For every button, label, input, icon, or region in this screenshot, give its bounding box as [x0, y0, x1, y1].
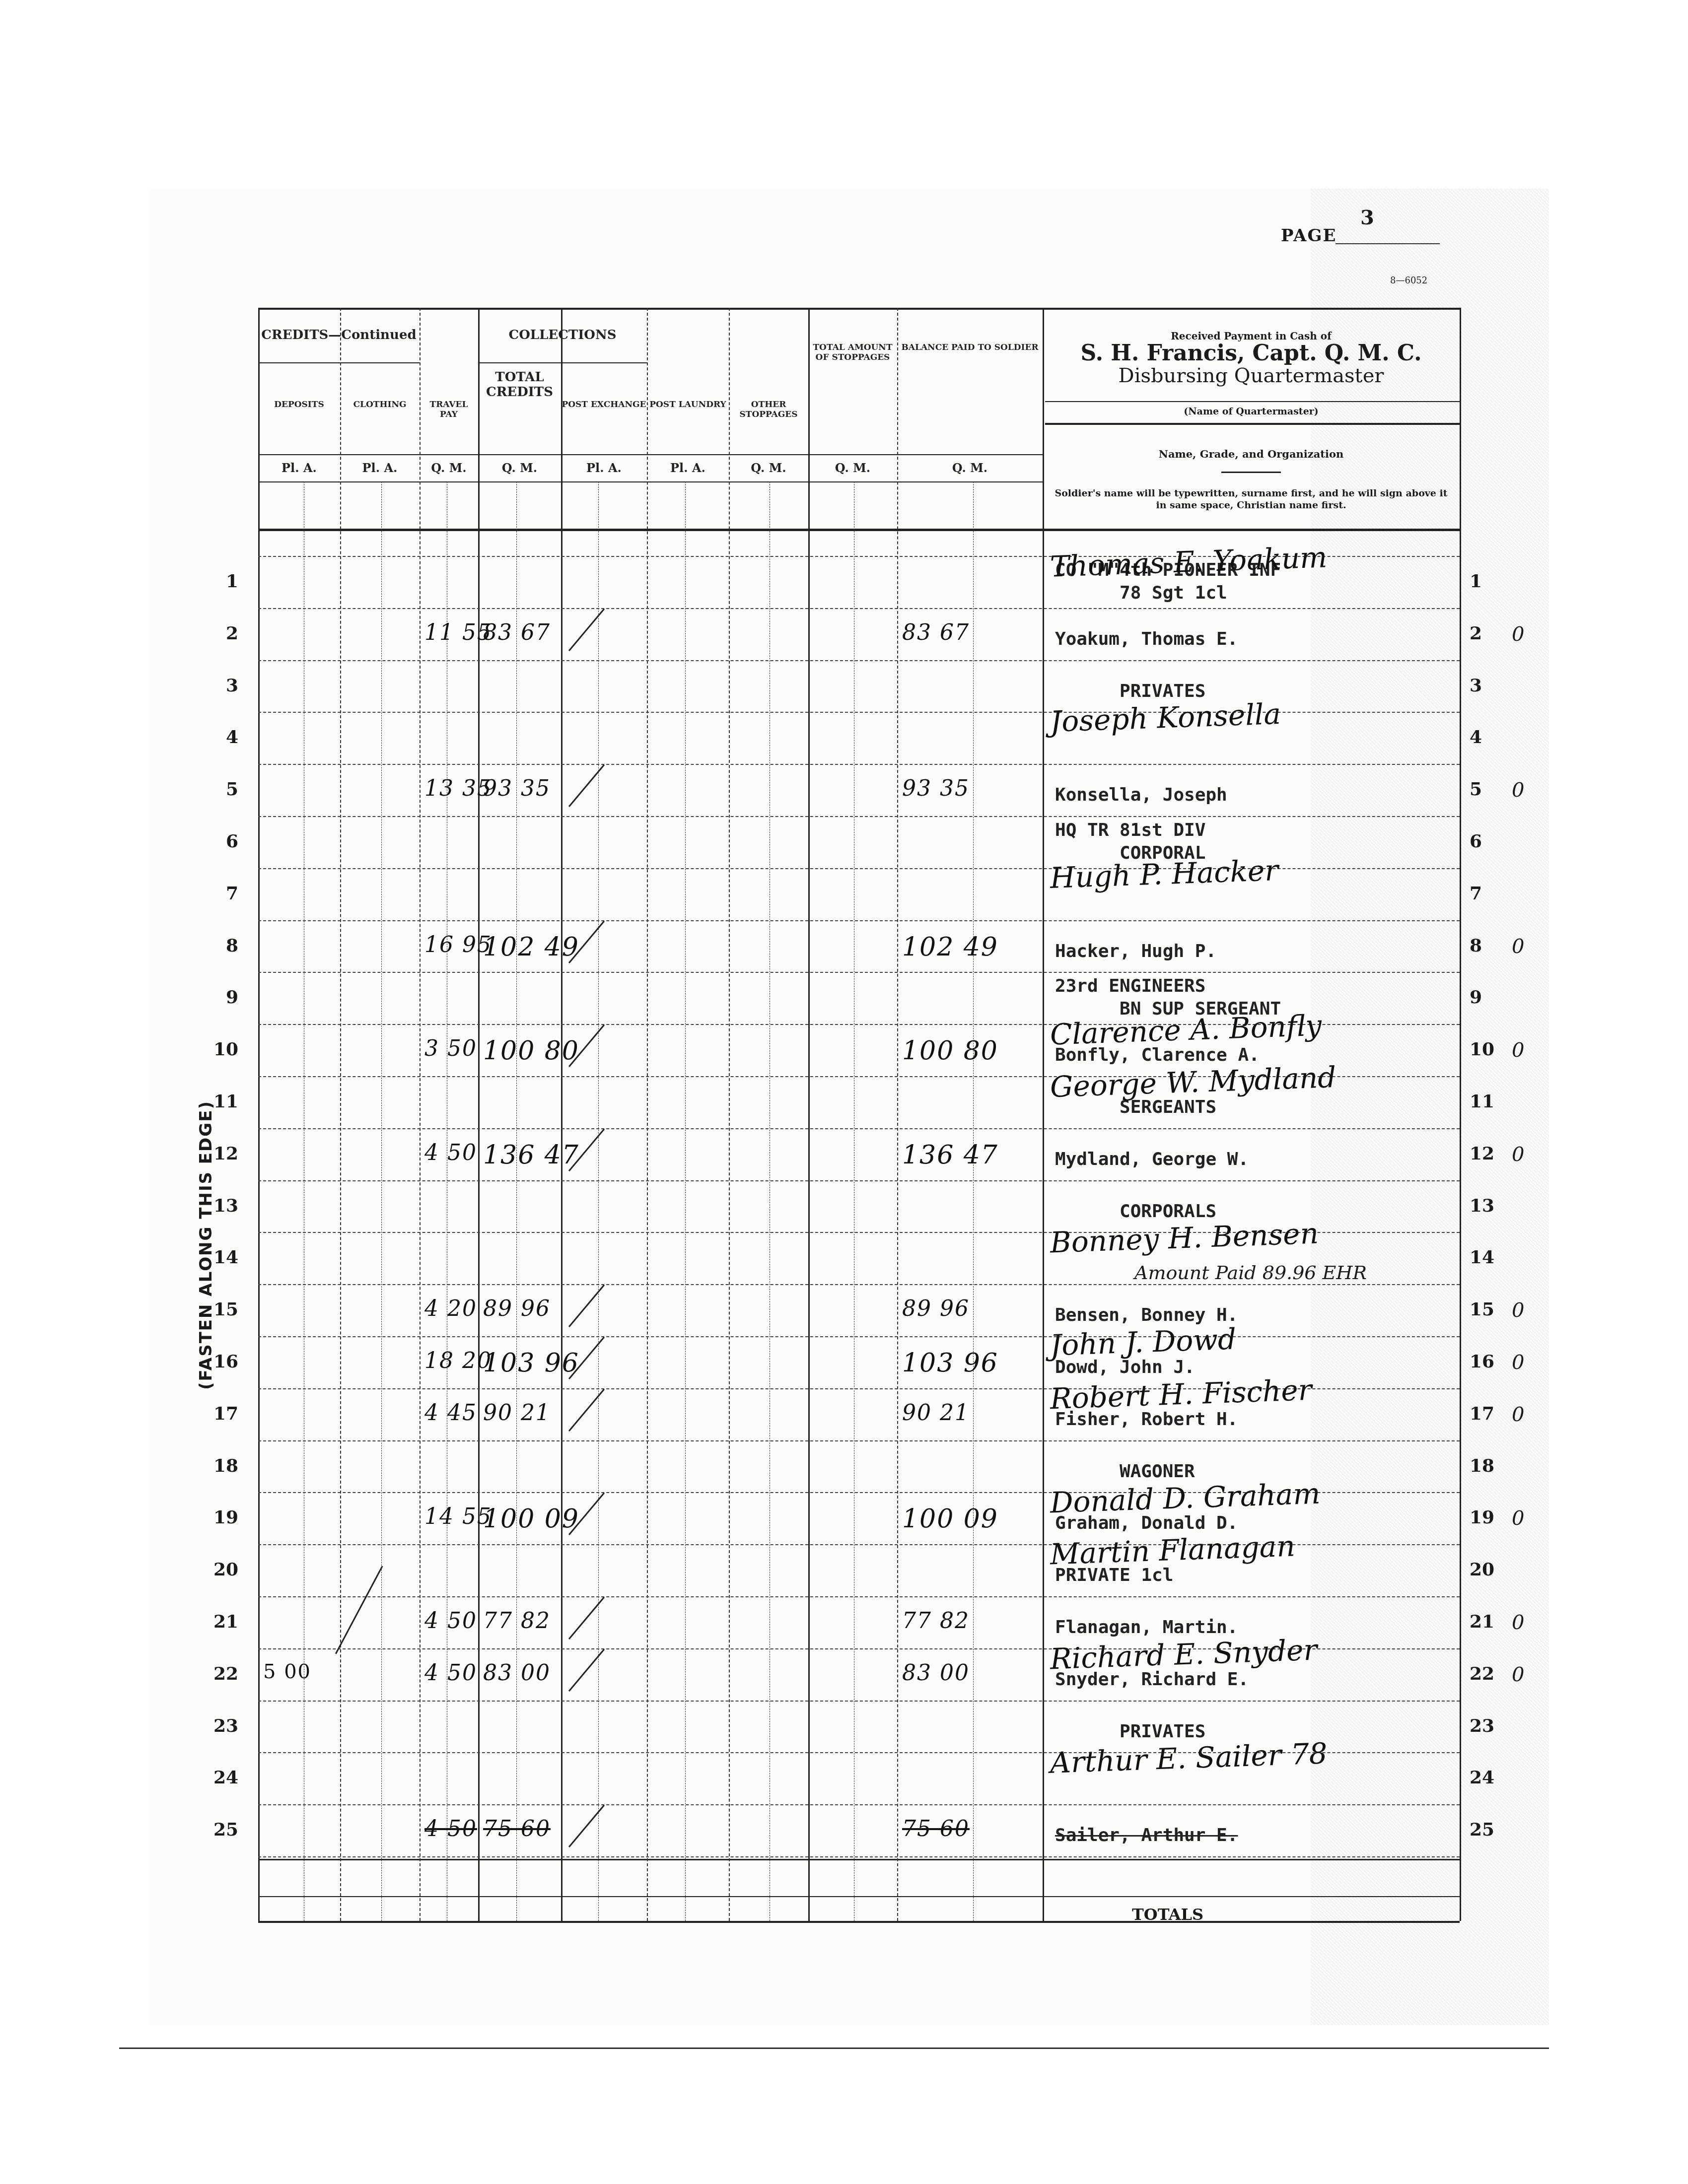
- row-number-left: 15: [209, 1299, 238, 1320]
- balance-paid-value: 75 60: [902, 1816, 970, 1842]
- qm-caption: (Name of Quartermaster): [1053, 406, 1450, 417]
- travel-pay-value: 4 45: [424, 1400, 477, 1426]
- row-line: [258, 1128, 1460, 1129]
- cents-divider: [516, 481, 517, 1921]
- balance-paid-value: 83 00: [902, 1660, 970, 1686]
- name-divider: [1221, 472, 1281, 473]
- travel-pay-value: 14 55: [424, 1504, 492, 1529]
- balance-paid-value: 77 82: [902, 1608, 970, 1634]
- section-heading: PRIVATES: [1120, 1721, 1205, 1742]
- signature: Arthur E. Sailer 78: [1050, 1737, 1328, 1780]
- check-mark: [568, 1285, 605, 1327]
- signature: Bonney H. Bensen: [1050, 1217, 1319, 1260]
- row-number-right: 8: [1470, 935, 1482, 956]
- total-credits-value: 83 00: [483, 1660, 551, 1686]
- collections-heading: COLLECTIONS: [478, 328, 647, 342]
- typed-name: Yoakum, Thomas E.: [1055, 629, 1238, 649]
- margin-mark: 0: [1512, 935, 1524, 958]
- row-number-right: 2: [1470, 623, 1482, 644]
- balance-paid-value: 100 09: [902, 1504, 998, 1534]
- col-header-deposits: DEPOSITS: [258, 400, 340, 409]
- signature: Hugh P. Hacker: [1050, 853, 1279, 895]
- check-mark: [335, 1566, 383, 1654]
- margin-mark: 0: [1512, 1351, 1524, 1374]
- row-number-right: 15: [1470, 1299, 1494, 1320]
- row-number-left: 9: [209, 987, 238, 1008]
- row-number-right: 9: [1470, 987, 1482, 1008]
- column-divider: [897, 308, 898, 1921]
- row-number-right: 13: [1470, 1195, 1494, 1216]
- check-mark: [568, 764, 605, 807]
- column-divider: [340, 308, 341, 1921]
- row-number-left: 20: [209, 1559, 238, 1580]
- travel-pay-value: 16 95: [424, 932, 492, 957]
- row-line: [258, 1180, 1460, 1181]
- margin-mark: 0: [1512, 1039, 1524, 1062]
- row-line: [258, 1440, 1460, 1441]
- balance-paid-value: 93 35: [902, 776, 970, 801]
- row-line: [258, 764, 1460, 765]
- total-credits-value: 90 21: [483, 1400, 551, 1426]
- row-number-left: 10: [209, 1039, 238, 1060]
- column-divider: [561, 308, 563, 1921]
- page-number: 3: [1360, 206, 1374, 229]
- col-header-post_exchange: POST EXCHANGE: [561, 400, 647, 409]
- total-credits-value: 100 80: [483, 1036, 579, 1066]
- signature: George W. Mydland: [1050, 1060, 1336, 1104]
- typed-name: Mydland, George W.: [1055, 1149, 1249, 1169]
- total-credits-value: 83 67: [483, 620, 551, 645]
- cents-divider: [685, 481, 686, 1921]
- qm-name: S. H. Francis, Capt. Q. M. C.: [1053, 342, 1450, 365]
- total-credits-value: 89 96: [483, 1296, 551, 1321]
- check-mark: [568, 1597, 605, 1639]
- signature: Robert H. Fischer: [1050, 1373, 1312, 1416]
- qm-caption-line: [1045, 423, 1460, 425]
- collections-subheader-line: [478, 362, 647, 363]
- row-number-left: 17: [209, 1403, 238, 1424]
- column-divider: [808, 308, 810, 1921]
- row-number-left: 11: [209, 1091, 238, 1112]
- col-unit-total_stoppages: Q. M.: [808, 461, 897, 475]
- total-credits-value: 93 35: [483, 776, 551, 801]
- row-line: [258, 920, 1460, 921]
- signature: Donald D. Graham: [1050, 1477, 1321, 1520]
- row-line: [258, 1701, 1460, 1702]
- margin-mark: 0: [1512, 1143, 1524, 1166]
- cents-divider: [973, 481, 974, 1921]
- column-divider: [478, 308, 480, 1921]
- col-unit-travel_pay: Q. M.: [420, 461, 478, 475]
- form-code: 8—6052: [1390, 275, 1427, 286]
- row-number-right: 1: [1470, 571, 1482, 592]
- totals-label: TOTALS: [1132, 1905, 1203, 1924]
- row-line: [258, 1336, 1460, 1337]
- travel-pay-value: 4 50: [424, 1660, 477, 1686]
- balance-paid-value: 136 47: [902, 1140, 998, 1170]
- margin-mark: 0: [1512, 1611, 1524, 1634]
- typed-name: 23rd ENGINEERS: [1055, 976, 1205, 996]
- row-number-left: 23: [209, 1715, 238, 1736]
- margin-mark: 0: [1512, 1663, 1524, 1686]
- total-credits-value: 136 47: [483, 1140, 579, 1170]
- qm-title: Disbursing Quartermaster: [1053, 365, 1450, 387]
- row-line: [258, 1596, 1460, 1597]
- row-number-right: 22: [1470, 1663, 1494, 1684]
- balance-paid-value: 83 67: [902, 620, 970, 645]
- row-line: [258, 1284, 1460, 1285]
- form-bottom-border: [258, 1921, 1460, 1923]
- section-heading: WAGONER: [1120, 1461, 1195, 1482]
- row-number-left: 3: [209, 675, 238, 696]
- row-number-right: 12: [1470, 1143, 1494, 1164]
- column-divider: [258, 308, 260, 1921]
- balance-paid-value: 102 49: [902, 932, 998, 962]
- row-number-right: 5: [1470, 779, 1482, 800]
- signature: Martin Flanagan: [1050, 1529, 1296, 1571]
- form-top-border: [258, 308, 1460, 310]
- check-mark: [568, 1805, 605, 1847]
- row-number-right: 14: [1470, 1247, 1494, 1268]
- row-number-right: 4: [1470, 727, 1482, 748]
- travel-pay-value: 4 50: [424, 1140, 477, 1165]
- travel-pay-value: 4 20: [424, 1296, 477, 1321]
- handwritten-annotation: Amount Paid 89.96 EHR: [1134, 1262, 1367, 1284]
- signature: Clarence A. Bonfly: [1050, 1009, 1322, 1052]
- page-bottom-rule: [119, 2047, 1549, 2049]
- margin-mark: 0: [1512, 1507, 1524, 1530]
- row-line: [258, 1804, 1460, 1805]
- typed-name: HQ TR 81st DIV: [1055, 820, 1205, 840]
- row-number-right: 23: [1470, 1715, 1494, 1736]
- row-number-left: 7: [209, 883, 238, 904]
- row-line: [258, 868, 1460, 869]
- margin-mark: 0: [1512, 1299, 1524, 1322]
- total-credits-value: 77 82: [483, 1608, 551, 1634]
- signature: John J. Dowd: [1050, 1322, 1237, 1362]
- column-divider: [1043, 308, 1044, 1921]
- row-number-right: 6: [1470, 831, 1482, 852]
- row-number-left: 16: [209, 1351, 238, 1372]
- col-unit-post_laundry: Pl. A.: [647, 461, 729, 475]
- col-unit-other_stoppages: Q. M.: [729, 461, 808, 475]
- totals-top-line: [258, 1859, 1460, 1860]
- cents-divider: [854, 481, 854, 1921]
- row-number-left: 8: [209, 935, 238, 956]
- col-header-clothing: CLOTHING: [340, 400, 420, 409]
- row-number-right: 18: [1470, 1455, 1494, 1476]
- row-line: [258, 816, 1460, 817]
- section-heading: PRIVATES: [1120, 681, 1205, 701]
- row-line: [258, 972, 1460, 973]
- row-number-right: 10: [1470, 1039, 1494, 1060]
- travel-pay-value: 4 50: [424, 1816, 477, 1842]
- row-number-right: 24: [1470, 1767, 1494, 1788]
- margin-mark: 0: [1512, 1403, 1524, 1426]
- row-number-left: 19: [209, 1507, 238, 1528]
- section-subheading: 78 Sgt 1cl: [1120, 583, 1227, 603]
- form-right-border: [1460, 308, 1461, 1921]
- row-number-right: 16: [1470, 1351, 1494, 1372]
- check-mark: [568, 609, 605, 651]
- row-number-left: 22: [209, 1663, 238, 1684]
- col-unit-clothing: Pl. A.: [340, 461, 420, 475]
- total-credits-value: 102 49: [483, 932, 579, 962]
- col-unit-balance_paid: Q. M.: [897, 461, 1043, 475]
- row-number-right: 3: [1470, 675, 1482, 696]
- section-heading: CORPORALS: [1120, 1201, 1216, 1222]
- check-mark: [568, 1389, 605, 1432]
- qm-name-line: [1045, 401, 1460, 402]
- typed-name: Sailer, Arthur E.: [1055, 1825, 1238, 1845]
- credits-continued-heading: CREDITS—Continued: [258, 328, 420, 342]
- travel-pay-value: 11 55: [424, 620, 492, 645]
- col-header-total_stoppages: TOTAL AMOUNT OF STOPPAGES: [808, 342, 897, 362]
- typed-name: Hacker, Hugh P.: [1055, 941, 1216, 961]
- page-number-line: [1336, 243, 1440, 244]
- row-number-left: 2: [209, 623, 238, 644]
- row-number-left: 18: [209, 1455, 238, 1476]
- total-credits-value: 103 96: [483, 1348, 579, 1378]
- row-number-left: 4: [209, 727, 238, 748]
- cents-divider: [304, 481, 304, 1921]
- row-line: [258, 608, 1460, 609]
- total-credits-value: 100 09: [483, 1504, 579, 1534]
- col-header-travel_pay: TRAVEL PAY: [420, 400, 478, 419]
- row-number-left: 12: [209, 1143, 238, 1164]
- row-number-left: 1: [209, 571, 238, 592]
- row-number-right: 11: [1470, 1091, 1494, 1112]
- col-header-post_laundry: POST LAUNDRY: [647, 400, 729, 409]
- row-line: [258, 1856, 1460, 1857]
- travel-pay-value: 3 50: [424, 1036, 477, 1061]
- signature: Joseph Konsella: [1050, 697, 1281, 739]
- credits-subheader-line: [258, 362, 420, 363]
- header-bottom-border: [258, 529, 1460, 531]
- quartermaster-block: Received Payment in Cash of S. H. Franci…: [1053, 330, 1450, 387]
- row-number-right: 20: [1470, 1559, 1494, 1580]
- typed-name: Flanagan, Martin.: [1055, 1617, 1238, 1638]
- row-number-left: 13: [209, 1195, 238, 1216]
- name-column-title: Name, Grade, and Organization: [1053, 448, 1450, 460]
- column-divider: [729, 308, 730, 1921]
- total-credits-value: 75 60: [483, 1816, 551, 1842]
- column-divider: [647, 308, 648, 1921]
- balance-paid-value: 100 80: [902, 1036, 998, 1066]
- typed-name: Bensen, Bonney H.: [1055, 1305, 1238, 1325]
- cents-divider: [770, 481, 770, 1921]
- row-number-left: 21: [209, 1611, 238, 1632]
- travel-pay-value: 18 20: [424, 1348, 492, 1373]
- row-number-right: 19: [1470, 1507, 1494, 1528]
- row-number-right: 17: [1470, 1403, 1494, 1424]
- signature: Thomas E. Yoakum: [1050, 540, 1328, 583]
- col-header-other_stoppages: OTHER STOPPAGES: [729, 400, 808, 419]
- name-instructions: Soldier's name will be typewritten, surn…: [1053, 487, 1450, 511]
- col-unit-deposits: Pl. A.: [258, 461, 340, 475]
- row-number-left: 5: [209, 779, 238, 800]
- row-number-right: 21: [1470, 1611, 1494, 1632]
- cents-divider: [598, 481, 599, 1921]
- row-line: [258, 660, 1460, 661]
- cents-divider: [447, 481, 447, 1921]
- deposits-value: 5 00: [263, 1660, 311, 1683]
- row-number-right: 7: [1470, 883, 1482, 904]
- row-number-left: 24: [209, 1767, 238, 1788]
- margin-mark: 0: [1512, 623, 1524, 646]
- page-label: PAGE: [1281, 226, 1336, 246]
- unit-row-top-line: [258, 454, 1043, 455]
- cents-divider: [381, 481, 382, 1921]
- balance-paid-value: 103 96: [902, 1348, 998, 1378]
- col-unit-post_exchange: Pl. A.: [561, 461, 647, 475]
- totals-mid-line: [258, 1896, 1460, 1897]
- travel-pay-value: 4 50: [424, 1608, 477, 1634]
- col-unit-total_credits: Q. M.: [478, 461, 561, 475]
- column-divider: [420, 308, 421, 1921]
- check-mark: [568, 1649, 605, 1692]
- balance-paid-value: 90 21: [902, 1400, 970, 1426]
- unit-row-bottom-line: [258, 481, 1043, 482]
- row-number-left: 6: [209, 831, 238, 852]
- travel-pay-value: 13 35: [424, 776, 492, 801]
- col-header-balance_paid: BALANCE PAID TO SOLDIER: [897, 342, 1043, 352]
- col-header-total_credits: TOTAL CREDITS: [478, 370, 561, 400]
- row-number-left: 14: [209, 1247, 238, 1268]
- margin-mark: 0: [1512, 779, 1524, 802]
- signature: Richard E. Snyder: [1050, 1633, 1318, 1676]
- row-number-left: 25: [209, 1819, 238, 1840]
- row-number-right: 25: [1470, 1819, 1494, 1840]
- payroll-form: CREDITS—Continued COLLECTIONS DEPOSITSPl…: [258, 308, 1460, 1956]
- balance-paid-value: 89 96: [902, 1296, 970, 1321]
- typed-name: Konsella, Joseph: [1055, 785, 1227, 805]
